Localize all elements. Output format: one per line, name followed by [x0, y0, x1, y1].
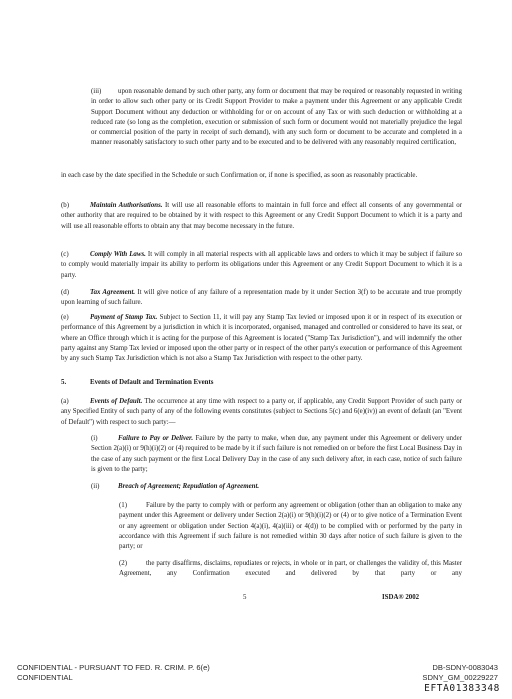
- paragraph-heading: Tax Agreement.: [90, 289, 135, 296]
- bates-stamp: DB-SDNY-0083043 SDNY_GM_00229227: [422, 663, 498, 682]
- paragraph-text: Subject to Section 11, it will pay any S…: [61, 314, 462, 362]
- paragraph-5a-ii-1: (1)Failure by the party to comply with o…: [119, 501, 462, 552]
- paragraph-number: (1): [119, 501, 146, 511]
- paragraph-d: (d)Tax Agreement. It will give notice of…: [61, 288, 462, 309]
- paragraph-heading: Failure to Pay or Deliver.: [118, 435, 193, 442]
- bates-number-1: DB-SDNY-0083043: [422, 663, 498, 673]
- confidential-line-2: CONFIDENTIAL: [17, 673, 210, 683]
- paragraph-heading: Events of Default.: [90, 398, 142, 405]
- paragraph-5a-ii-2: (2)the party disaffirms, disclaims, repu…: [119, 559, 462, 580]
- paragraph-heading: Breach of Agreement; Repudiation of Agre…: [118, 483, 259, 490]
- paragraph-text: in each case by the date specified in th…: [61, 172, 417, 179]
- paragraph-text: the party disaffirms, disclaims, repudia…: [119, 560, 462, 577]
- paragraph-heading: Comply With Laws.: [90, 251, 146, 258]
- paragraph-each-case: in each case by the date specified in th…: [61, 171, 462, 181]
- confidential-stamp: CONFIDENTIAL - PURSUANT TO FED. R. CRIM.…: [17, 663, 210, 682]
- paragraph-heading: Maintain Authorisations.: [90, 202, 163, 209]
- paragraph-text: upon reasonable demand by such other par…: [91, 88, 462, 146]
- paragraph-number: (e): [61, 313, 90, 323]
- page-number: 5: [243, 594, 246, 601]
- paragraph-number: (a): [61, 397, 90, 407]
- document-page: (iii)upon reasonable demand by such othe…: [0, 0, 512, 699]
- section-title: Events of Default and Termination Events: [90, 379, 213, 386]
- paragraph-number: (iii): [91, 87, 118, 97]
- paragraph-5a-ii: (ii)Breach of Agreement; Repudiation of …: [91, 482, 462, 492]
- paragraph-iii: (iii)upon reasonable demand by such othe…: [91, 87, 462, 149]
- confidential-line-1: CONFIDENTIAL - PURSUANT TO FED. R. CRIM.…: [17, 663, 210, 673]
- paragraph-text: Failure by the party to comply with or p…: [119, 502, 462, 550]
- paragraph-number: (2): [119, 559, 146, 569]
- paragraph-5a: (a)Events of Default. The occurrence at …: [61, 397, 462, 428]
- paragraph-number: (c): [61, 250, 90, 260]
- paragraph-b: (b)Maintain Authorisations. It will use …: [61, 201, 462, 232]
- isda-mark: ISDA® 2002: [382, 594, 419, 601]
- paragraph-heading: Payment of Stamp Tax.: [90, 314, 157, 321]
- paragraph-number: (ii): [91, 482, 118, 492]
- paragraph-c: (c)Comply With Laws. It will comply in a…: [61, 250, 462, 281]
- paragraph-e: (e)Payment of Stamp Tax. Subject to Sect…: [61, 313, 462, 364]
- paragraph-number: (b): [61, 201, 90, 211]
- bates-number-2: SDNY_GM_00229227: [422, 673, 498, 683]
- paragraph-number: (d): [61, 288, 90, 298]
- section-number: 5.: [61, 378, 90, 388]
- paragraph-number: (i): [91, 434, 118, 444]
- section-5-heading: 5.Events of Default and Termination Even…: [61, 378, 462, 388]
- paragraph-5a-i: (i)Failure to Pay or Deliver. Failure by…: [91, 434, 462, 475]
- efta-number: EFTA01383348: [424, 683, 500, 694]
